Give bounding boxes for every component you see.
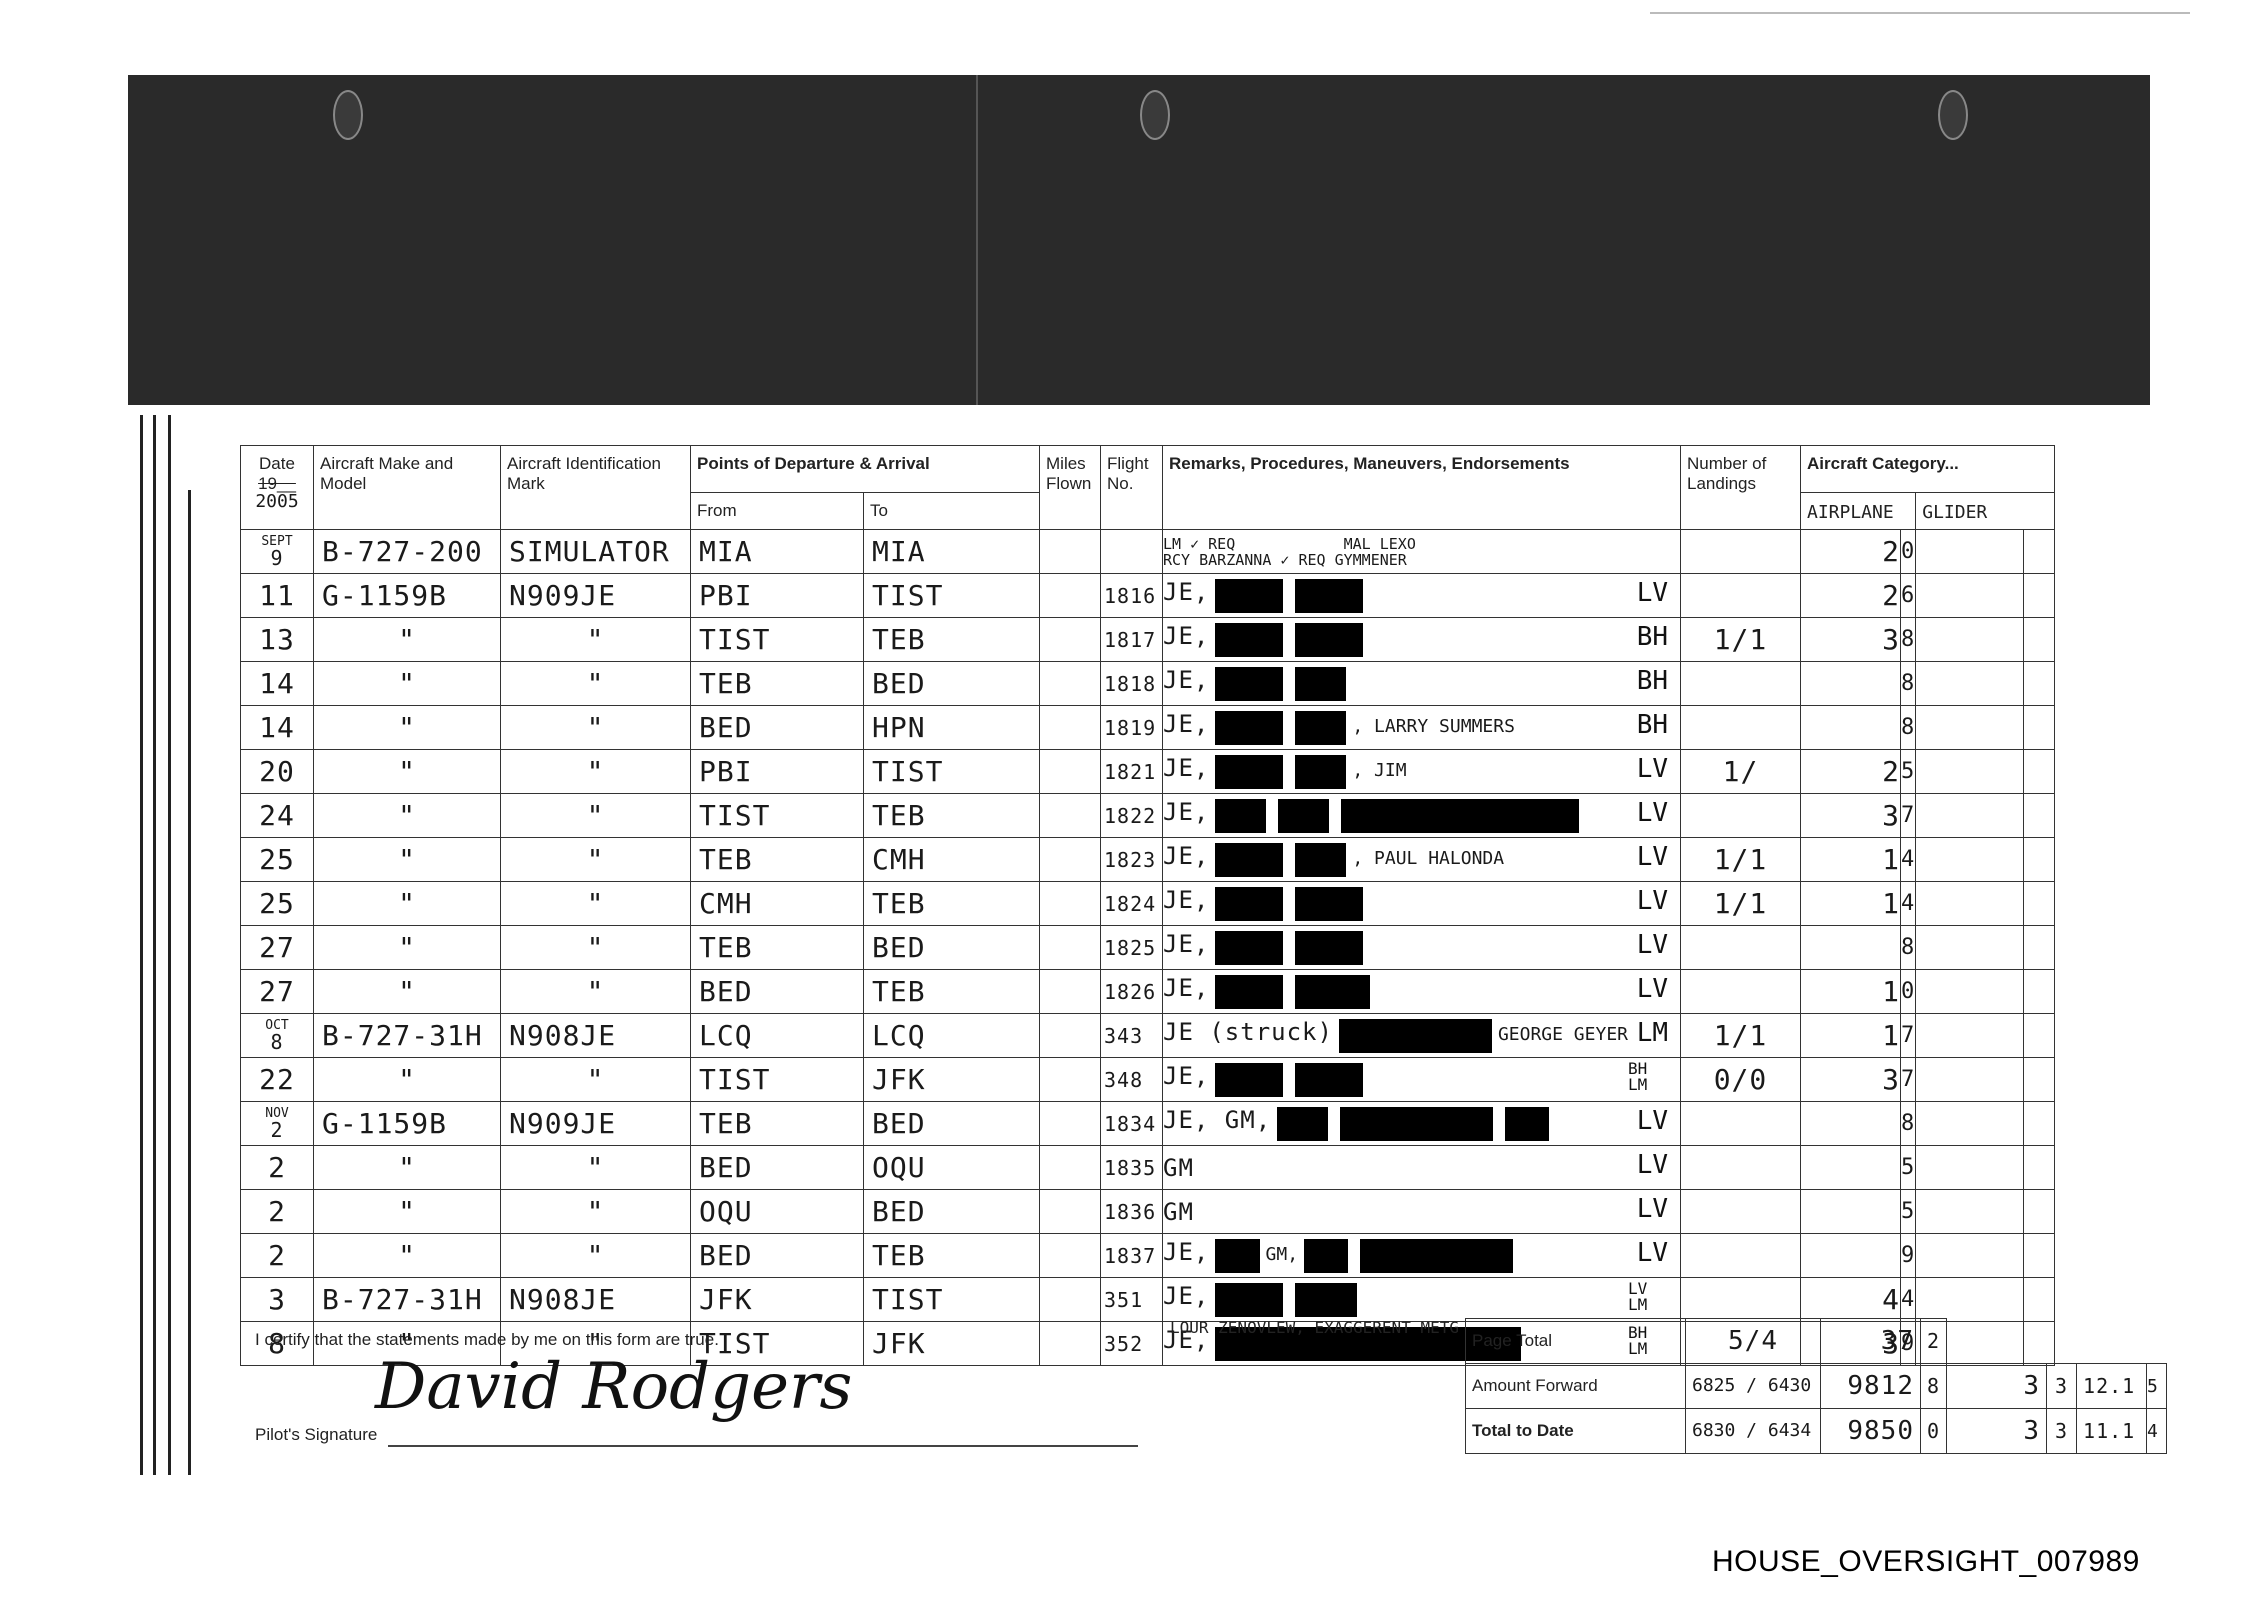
entry-glider-hours <box>1916 1190 2024 1234</box>
log-entry-row: 20""PBITIST1821JE,, JIMLV1/25 <box>241 750 2055 794</box>
entry-aircraft-id: " <box>501 926 691 970</box>
entry-aircraft-make: " <box>314 1146 501 1190</box>
entry-aircraft-id: " <box>501 618 691 662</box>
header-date: Date 19__ 2005 <box>241 446 314 530</box>
signature-line <box>388 1445 1138 1447</box>
amount-forward-heli-tenths: 5 <box>2147 1364 2167 1409</box>
page-edge <box>1650 12 2190 14</box>
entry-aircraft-id: " <box>501 662 691 706</box>
entry-glider-hours <box>1916 574 2024 618</box>
remarks-crew: JE, <box>1163 930 1209 958</box>
entry-date: 2 <box>241 1190 314 1234</box>
entry-aircraft-make: " <box>314 662 501 706</box>
entry-aircraft-make: " <box>314 970 501 1014</box>
log-entry-row: 25""TEBCMH1823JE,, PAUL HALONDALV1/114 <box>241 838 2055 882</box>
entry-aircraft-id: " <box>501 970 691 1014</box>
remarks-code: LV <box>1637 578 1668 608</box>
entry-glider-tenths <box>2024 1146 2055 1190</box>
entry-airplane-tenths: 0 <box>1901 970 1916 1014</box>
totals-table: Page Total 5/4 37 2 Amount Forward 6825 … <box>1465 1318 2167 1454</box>
entry-airplane-hours <box>1801 1234 1901 1278</box>
entry-landings: 1/1 <box>1681 838 1801 882</box>
redaction-bar <box>1215 843 1283 877</box>
entry-landings <box>1681 926 1801 970</box>
entry-airplane-hours: 2 <box>1801 574 1901 618</box>
entry-day: 25 <box>259 887 295 920</box>
entry-date: 14 <box>241 662 314 706</box>
entry-date: 25 <box>241 882 314 926</box>
redaction-bar <box>1295 711 1346 745</box>
remarks-crew: JE, <box>1163 886 1209 914</box>
entry-aircraft-make: " <box>314 926 501 970</box>
entry-miles-flown <box>1040 794 1101 838</box>
entry-glider-hours <box>1916 618 2024 662</box>
entry-from: PBI <box>691 574 864 618</box>
redaction-bar <box>1215 755 1283 789</box>
entry-aircraft-make: " <box>314 750 501 794</box>
entry-remarks: JE,LV <box>1163 926 1681 970</box>
entry-from: MIA <box>691 530 864 574</box>
header-points: Points of Departure & Arrival <box>691 446 1040 493</box>
remarks-code: LV <box>1637 842 1668 872</box>
entry-date: 2 <box>241 1234 314 1278</box>
binding-edge <box>188 490 191 1475</box>
entry-flight-no: 351 <box>1101 1278 1163 1322</box>
remarks-crew: JE, <box>1163 974 1209 1002</box>
entry-airplane-tenths: 7 <box>1901 1058 1916 1102</box>
entry-aircraft-make: B-727-200 <box>314 530 501 574</box>
entry-to: TEB <box>864 1234 1040 1278</box>
entry-airplane-tenths: 5 <box>1901 1190 1916 1234</box>
redaction-bar <box>1295 1283 1356 1317</box>
entry-day: 22 <box>259 1063 295 1096</box>
entry-miles-flown <box>1040 1146 1101 1190</box>
entry-flight-no: 1823 <box>1101 838 1163 882</box>
entry-landings <box>1681 794 1801 838</box>
entry-glider-tenths <box>2024 750 2055 794</box>
entry-glider-tenths <box>2024 838 2055 882</box>
entry-aircraft-id: N909JE <box>501 1102 691 1146</box>
entry-airplane-hours <box>1801 926 1901 970</box>
entry-airplane-tenths: 7 <box>1901 794 1916 838</box>
entry-to: MIA <box>864 530 1040 574</box>
entry-aircraft-id: N909JE <box>501 574 691 618</box>
remarks-line: LM ✓ REQ MAL LEXO <box>1163 536 1680 552</box>
entry-glider-hours <box>1916 1102 2024 1146</box>
entry-aircraft-make: B-727-31H <box>314 1278 501 1322</box>
entry-airplane-hours: 3 <box>1801 794 1901 838</box>
entry-landings <box>1681 970 1801 1014</box>
entry-aircraft-make: " <box>314 794 501 838</box>
entry-from: OQU <box>691 1190 864 1234</box>
entry-day: 2 <box>268 1151 286 1184</box>
total-to-date-heli: 11.1 <box>2077 1409 2147 1454</box>
log-entry-row: NOV2G-1159BN909JETEBBED1834JE, GM,LV8 <box>241 1102 2055 1146</box>
entry-flight-no: 1837 <box>1101 1234 1163 1278</box>
entry-glider-hours <box>1916 838 2024 882</box>
entry-from: CMH <box>691 882 864 926</box>
entry-glider-hours <box>1916 1146 2024 1190</box>
signature-label: Pilot's Signature <box>255 1425 377 1445</box>
total-to-date-hours: 9850 <box>1821 1409 1921 1454</box>
entry-aircraft-make: " <box>314 1058 501 1102</box>
entry-day: 25 <box>259 843 295 876</box>
page-total-row: Page Total 5/4 37 2 <box>1466 1319 2167 1364</box>
entry-airplane-hours: 1 <box>1801 970 1901 1014</box>
entry-from: BED <box>691 970 864 1014</box>
remarks-crew: GM <box>1163 1154 1194 1182</box>
entry-date: OCT8 <box>241 1014 314 1058</box>
entry-date: 25 <box>241 838 314 882</box>
redaction-bar <box>1295 623 1363 657</box>
entry-to: JFK <box>864 1322 1040 1366</box>
entry-day: 3 <box>268 1283 286 1316</box>
redaction-bar <box>1360 1239 1513 1273</box>
entry-from: TEB <box>691 926 864 970</box>
entry-glider-hours <box>1916 1014 2024 1058</box>
entry-to: OQU <box>864 1146 1040 1190</box>
remarks-crew: JE (struck) <box>1163 1018 1333 1046</box>
page-seam <box>976 75 978 405</box>
log-entry-row: 14""BEDHPN1819JE,, LARRY SUMMERSBH8 <box>241 706 2055 750</box>
remarks-code: BH <box>1637 710 1668 740</box>
log-entry-row: 2""BEDOQU1835GMLV5 <box>241 1146 2055 1190</box>
redaction-bar <box>1215 1063 1283 1097</box>
entry-airplane-tenths: 9 <box>1901 1234 1916 1278</box>
entry-aircraft-id: SIMULATOR <box>501 530 691 574</box>
entry-airplane-tenths: 4 <box>1901 838 1916 882</box>
entry-airplane-tenths: 8 <box>1901 1102 1916 1146</box>
remarks-crew: JE, <box>1163 622 1209 650</box>
entry-remarks: JE,BH LM <box>1163 1058 1681 1102</box>
page-total-tenths: 2 <box>1921 1319 1947 1364</box>
log-entry-row: 25""CMHTEB1824JE,LV1/114 <box>241 882 2055 926</box>
redaction-bar <box>1295 931 1363 965</box>
entry-month: SEPT <box>241 535 313 548</box>
remarks-code: LM <box>1637 1018 1668 1048</box>
entry-day: 27 <box>259 931 295 964</box>
entry-miles-flown <box>1040 970 1101 1014</box>
entry-day: 2 <box>268 1239 286 1272</box>
entry-date: 13 <box>241 618 314 662</box>
entry-to: JFK <box>864 1058 1040 1102</box>
entry-airplane-tenths: 4 <box>1901 1278 1916 1322</box>
header-cat-glider: GLIDER <box>1916 493 2055 530</box>
entry-day: 11 <box>259 579 295 612</box>
entry-airplane-tenths: 4 <box>1901 882 1916 926</box>
redaction-bar <box>1340 1107 1493 1141</box>
entry-aircraft-id: " <box>501 750 691 794</box>
entry-date: 22 <box>241 1058 314 1102</box>
remarks-crew: JE, <box>1163 710 1209 738</box>
punch-hole-icon <box>1938 90 1968 140</box>
entry-glider-tenths <box>2024 882 2055 926</box>
entry-airplane-tenths: 5 <box>1901 750 1916 794</box>
entry-glider-hours <box>1916 662 2024 706</box>
entry-flight-no: 1818 <box>1101 662 1163 706</box>
remarks-extra: GEORGE GEYER <box>1498 1024 1628 1045</box>
entry-remarks: LM ✓ REQ MAL LEXORCY BARZANNA ✓ REQ GYMM… <box>1163 530 1681 574</box>
entry-miles-flown <box>1040 706 1101 750</box>
entry-flight-no: 343 <box>1101 1014 1163 1058</box>
entry-month: NOV <box>241 1107 313 1120</box>
redaction-bar <box>1215 711 1283 745</box>
log-entry-row: 22""TISTJFK348JE,BH LM0/037 <box>241 1058 2055 1102</box>
entry-day: 14 <box>259 711 295 744</box>
redaction-bar <box>1277 1107 1328 1141</box>
entry-aircraft-id: " <box>501 882 691 926</box>
entry-remarks: JE,BH <box>1163 618 1681 662</box>
entry-miles-flown <box>1040 530 1101 574</box>
redaction-bar <box>1295 667 1346 701</box>
entry-flight-no: 1825 <box>1101 926 1163 970</box>
total-to-date-label: Total to Date <box>1466 1409 1686 1454</box>
entry-remarks: JE,GM,LV <box>1163 1234 1681 1278</box>
header-from: From <box>691 493 864 530</box>
remarks-code: LV <box>1637 798 1668 828</box>
entry-date: 20 <box>241 750 314 794</box>
entry-aircraft-make: G-1159B <box>314 574 501 618</box>
entry-airplane-tenths: 7 <box>1901 1014 1916 1058</box>
amount-forward-heli: 12.1 <box>2077 1364 2147 1409</box>
entry-miles-flown <box>1040 926 1101 970</box>
entry-from: LCQ <box>691 1014 864 1058</box>
entry-remarks: JE, GM,LV <box>1163 1102 1681 1146</box>
remarks-code: LV <box>1637 930 1668 960</box>
entry-to: TIST <box>864 1278 1040 1322</box>
entry-glider-hours <box>1916 882 2024 926</box>
header-miles-flown: Miles Flown <box>1040 446 1101 530</box>
entry-glider-hours <box>1916 794 2024 838</box>
entry-glider-hours <box>1916 530 2024 574</box>
page-total-landings: 5/4 <box>1686 1319 1821 1364</box>
entry-remarks: JE (struck)GEORGE GEYERLM <box>1163 1014 1681 1058</box>
redaction-bar <box>1215 887 1283 921</box>
log-entry-row: 14""TEBBED1818JE,BH8 <box>241 662 2055 706</box>
entry-flight-no: 1834 <box>1101 1102 1163 1146</box>
entry-landings: 0/0 <box>1681 1058 1801 1102</box>
entry-landings <box>1681 706 1801 750</box>
entry-date: NOV2 <box>241 1102 314 1146</box>
entry-glider-tenths <box>2024 530 2055 574</box>
log-entry-row: OCT8B-727-31HN908JELCQLCQ343JE (struck)G… <box>241 1014 2055 1058</box>
entry-to: TEB <box>864 970 1040 1014</box>
entry-aircraft-make: " <box>314 618 501 662</box>
remarks-crew: JE, <box>1163 798 1209 826</box>
entry-glider-tenths <box>2024 1102 2055 1146</box>
entry-glider-hours <box>1916 1278 2024 1322</box>
entry-day: 20 <box>259 755 295 788</box>
entry-remarks: JE,, JIMLV <box>1163 750 1681 794</box>
entry-airplane-hours <box>1801 706 1901 750</box>
total-to-date-heli-tenths: 4 <box>2147 1409 2167 1454</box>
redaction-block-top <box>128 75 2150 405</box>
redaction-bar <box>1215 1239 1259 1273</box>
entry-date: 11 <box>241 574 314 618</box>
entry-from: TIST <box>691 1058 864 1102</box>
entry-flight-no: 1816 <box>1101 574 1163 618</box>
logbook-table: Date 19__ 2005 Aircraft Make and Model A… <box>240 445 2055 1366</box>
entry-airplane-hours: 2 <box>1801 530 1901 574</box>
entry-date: 3 <box>241 1278 314 1322</box>
remarks-code: LV <box>1637 1150 1668 1180</box>
entry-flight-no: 1817 <box>1101 618 1163 662</box>
amount-forward-hours: 9812 <box>1821 1364 1921 1409</box>
entry-from: BED <box>691 1146 864 1190</box>
entry-remarks: JE,, PAUL HALONDALV <box>1163 838 1681 882</box>
remarks-crew: JE, <box>1163 1238 1209 1266</box>
entry-date: 27 <box>241 970 314 1014</box>
entry-glider-hours <box>1916 1234 2024 1278</box>
remarks-crew: JE, <box>1163 578 1209 606</box>
remarks-code: LV <box>1637 974 1668 1004</box>
redaction-bar <box>1215 1283 1283 1317</box>
page-total-label: Page Total <box>1466 1319 1686 1364</box>
entry-remarks: JE,, LARRY SUMMERSBH <box>1163 706 1681 750</box>
total-to-date-row: Total to Date 6830 / 6434 9850 0 3 3 11.… <box>1466 1409 2167 1454</box>
entry-glider-tenths <box>2024 662 2055 706</box>
entry-date: SEPT9 <box>241 530 314 574</box>
entry-aircraft-id: N908JE <box>501 1014 691 1058</box>
entry-day: 27 <box>259 975 295 1008</box>
entry-from: TIST <box>691 618 864 662</box>
entry-flight-no: 352 <box>1101 1322 1163 1366</box>
entry-remarks: JE,LV LM <box>1163 1278 1681 1322</box>
entry-glider-hours <box>1916 970 2024 1014</box>
entry-remarks: GMLV <box>1163 1190 1681 1234</box>
redaction-bar <box>1295 975 1370 1009</box>
remarks-code: LV <box>1637 1194 1668 1224</box>
entry-remarks: GMLV <box>1163 1146 1681 1190</box>
entry-from: JFK <box>691 1278 864 1322</box>
entry-glider-tenths <box>2024 1234 2055 1278</box>
redaction-bar <box>1295 887 1363 921</box>
header-flight-no: Flight No. <box>1101 446 1163 530</box>
entry-aircraft-id: " <box>501 1190 691 1234</box>
entry-miles-flown <box>1040 1014 1101 1058</box>
entry-aircraft-make: " <box>314 838 501 882</box>
total-to-date-tenths: 0 <box>1921 1409 1947 1454</box>
total-to-date-glider: 3 <box>1947 1409 2047 1454</box>
header-aircraft-make: Aircraft Make and Model <box>314 446 501 530</box>
amount-forward-glider: 3 <box>1947 1364 2047 1409</box>
entry-from: BED <box>691 706 864 750</box>
remarks-line: RCY BARZANNA ✓ REQ GYMMENER <box>1163 552 1680 568</box>
header-cat-airplane: AIRPLANE <box>1801 493 1916 530</box>
entry-from: PBI <box>691 750 864 794</box>
entry-airplane-hours: 3 <box>1801 618 1901 662</box>
redaction-bar <box>1215 931 1283 965</box>
entry-aircraft-make: G-1159B <box>314 1102 501 1146</box>
entry-to: BED <box>864 1102 1040 1146</box>
entry-day: 14 <box>259 667 295 700</box>
entry-airplane-hours: 1 <box>1801 838 1901 882</box>
entry-miles-flown <box>1040 882 1101 926</box>
entry-landings <box>1681 530 1801 574</box>
entry-airplane-tenths: 8 <box>1901 618 1916 662</box>
log-entry-row: 2""OQUBED1836GMLV5 <box>241 1190 2055 1234</box>
entry-glider-tenths <box>2024 574 2055 618</box>
redaction-bar <box>1295 755 1346 789</box>
entry-landings <box>1681 662 1801 706</box>
redaction-bar <box>1295 1063 1363 1097</box>
amount-forward-tenths: 8 <box>1921 1364 1947 1409</box>
entry-glider-tenths <box>2024 1278 2055 1322</box>
entry-glider-tenths <box>2024 618 2055 662</box>
entry-aircraft-id: " <box>501 1146 691 1190</box>
remarks-crew: JE, GM, <box>1163 1106 1271 1134</box>
entry-flight-no: 1836 <box>1101 1190 1163 1234</box>
entry-to: CMH <box>864 838 1040 882</box>
entry-airplane-tenths: 6 <box>1901 574 1916 618</box>
remarks-extra: , LARRY SUMMERS <box>1352 716 1515 737</box>
entry-aircraft-make: " <box>314 1234 501 1278</box>
header-remarks: Remarks, Procedures, Maneuvers, Endorsem… <box>1163 446 1681 530</box>
entry-flight-no <box>1101 530 1163 574</box>
entry-miles-flown <box>1040 574 1101 618</box>
binding-edge <box>153 415 156 1475</box>
remarks-extra: , JIM <box>1352 760 1406 781</box>
entry-to: LCQ <box>864 1014 1040 1058</box>
redaction-bar <box>1215 799 1266 833</box>
entry-flight-no: 1824 <box>1101 882 1163 926</box>
entry-airplane-hours: 2 <box>1801 750 1901 794</box>
entry-airplane-tenths: 5 <box>1901 1146 1916 1190</box>
log-entry-row: 27""BEDTEB1826JE,LV10 <box>241 970 2055 1014</box>
redaction-bar <box>1339 1019 1492 1053</box>
entry-to: TIST <box>864 574 1040 618</box>
entry-remarks: JE,LV <box>1163 574 1681 618</box>
entry-glider-tenths <box>2024 1014 2055 1058</box>
remarks-code: LV <box>1637 886 1668 916</box>
log-entry-row: SEPT9B-727-200SIMULATORMIAMIALM ✓ REQ MA… <box>241 530 2055 574</box>
entry-aircraft-id: " <box>501 838 691 882</box>
entry-airplane-hours <box>1801 662 1901 706</box>
entry-to: TEB <box>864 882 1040 926</box>
entry-date: 2 <box>241 1146 314 1190</box>
entry-landings <box>1681 1278 1801 1322</box>
entry-flight-no: 348 <box>1101 1058 1163 1102</box>
entry-aircraft-make: " <box>314 882 501 926</box>
punch-hole-icon <box>333 90 363 140</box>
entry-miles-flown <box>1040 750 1101 794</box>
certify-statement: I certify that the statements made by me… <box>255 1330 719 1350</box>
entry-flight-no: 1835 <box>1101 1146 1163 1190</box>
remarks-crew: JE, <box>1163 1282 1209 1310</box>
amount-forward-landings: 6825 / 6430 <box>1686 1364 1821 1409</box>
entry-landings: 1/ <box>1681 750 1801 794</box>
entry-airplane-hours: 1 <box>1801 1014 1901 1058</box>
entry-flight-no: 1826 <box>1101 970 1163 1014</box>
entry-remarks: JE,LV <box>1163 970 1681 1014</box>
header-category: Aircraft Category... <box>1801 446 2055 493</box>
log-entry-row: 27""TEBBED1825JE,LV8 <box>241 926 2055 970</box>
page-total-hours: 37 <box>1821 1319 1921 1364</box>
entry-landings <box>1681 1146 1801 1190</box>
entry-to: HPN <box>864 706 1040 750</box>
remarks-code: LV <box>1637 754 1668 784</box>
entry-aircraft-id: " <box>501 794 691 838</box>
entry-airplane-tenths: 8 <box>1901 926 1916 970</box>
entry-glider-hours <box>1916 706 2024 750</box>
entry-date: 27 <box>241 926 314 970</box>
total-to-date-glider-tenths: 3 <box>2047 1409 2077 1454</box>
entry-miles-flown <box>1040 1234 1101 1278</box>
entry-day: 2 <box>241 1120 313 1140</box>
log-entry-row: 2""BEDTEB1837JE,GM,LV9 <box>241 1234 2055 1278</box>
punch-hole-icon <box>1140 90 1170 140</box>
redaction-bar <box>1304 1239 1348 1273</box>
